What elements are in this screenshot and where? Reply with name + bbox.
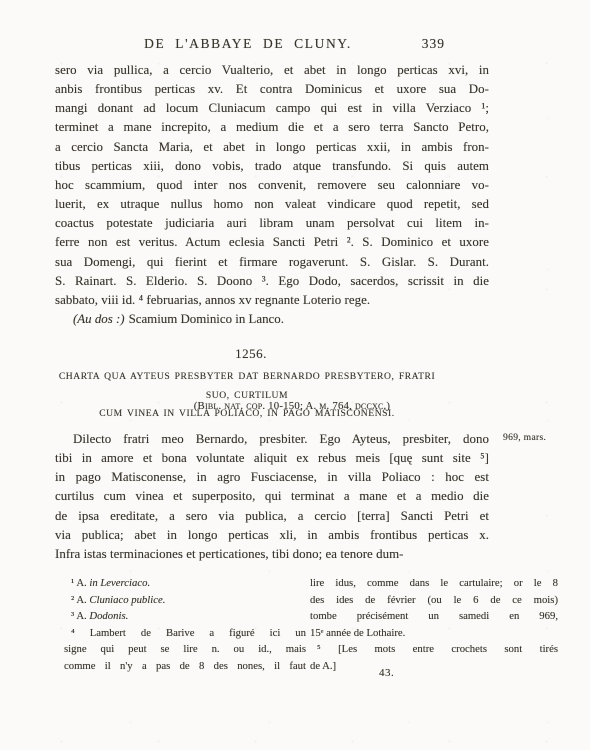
text-line: Infra istas terminaciones et pertication… [55, 545, 489, 564]
text-line: anbis frontibus perticas xv. Et contra D… [55, 80, 489, 99]
signature-mark: 43. [379, 667, 394, 679]
running-head: DE L'ABBAYE DE CLUNY. 339 [55, 36, 489, 54]
charter-source-citation: (Bibl. nat. cop. 10-150; A. m. 764, dccx… [55, 400, 489, 412]
footnote-3: ³ A. Dodonis. [64, 608, 306, 625]
text-line: sua Domengi, qui fierint et firmare roga… [55, 253, 489, 272]
margin-date-note: 969, mars. [503, 432, 546, 443]
text-line: curtilus cum vinea et superposito, qui t… [55, 487, 489, 506]
text-line: via publica; abet in longo perticas xli,… [55, 526, 489, 545]
text-line: Dilecto fratri meo Bernardo, presbiter. … [55, 430, 489, 449]
text-line: in pago Matisconense, in agro Fusciacens… [55, 468, 489, 487]
text-line: coactus potestate judiciaria auri libram… [55, 214, 489, 233]
charter-heading: CHARTA QUA AYTEUS PRESBYTER DAT BERNARDO… [55, 368, 489, 424]
footnote-1: ¹ A. in Leverciaco. [64, 575, 306, 592]
text-line: S. Rainart. S. Elderio. S. Doono ³. Ego … [55, 272, 489, 291]
page-title: DE L'ABBAYE DE CLUNY. [144, 36, 352, 51]
charter-1256-text: Dilecto fratri meo Bernardo, presbiter. … [55, 430, 489, 564]
footnote-marker: ³ [71, 610, 74, 622]
charter-1255-text: sero via pullica, a cercio Vualterio, et… [55, 61, 489, 329]
footnote-4-line: comme il n'y a pas de 8 des nones, il fa… [64, 658, 306, 675]
footnote-italic-text: Cluniaco publice. [89, 594, 165, 606]
text-line: de ipsa ereditate, a sero via publica, a… [55, 507, 489, 526]
footnote-4-line: des ides de février (ou le 6 de ce mois) [310, 592, 558, 609]
footnote-4-line: lire idus, comme dans le cartulaire; or … [310, 575, 558, 592]
footnote-5-line: ⁵ [Les mots entre crochets sont tirés [310, 641, 558, 658]
text-line: a cercio Sancta Maria, et abet in longo … [55, 138, 489, 157]
footnote-prefix: A. [76, 610, 86, 622]
text-line: tibi in amore et bona voluntate aliquit … [55, 449, 489, 468]
footnote-4-line: ⁴ Lambert de Barive a figuré ici un [64, 625, 306, 642]
footnotes-right-column: lire idus, comme dans le cartulaire; or … [310, 575, 558, 675]
text-line: hoc scammium, quod inter nos convenit, r… [55, 176, 489, 195]
footnote-marker: ¹ [71, 577, 74, 589]
footnote-4-line: 15ᵉ année de Lothaire. [310, 625, 558, 642]
text-line: ferre non est veritus. Actum eclesia San… [55, 233, 489, 252]
footnote-prefix: A. [76, 577, 86, 589]
au-dos-note: (Au dos :)Scamium Dominico in Lanco. [55, 310, 489, 329]
au-dos-label: (Au dos :) [73, 312, 125, 326]
footnote-italic-text: Dodonis. [89, 610, 128, 622]
footnote-4-line: signe qui peut se lire n. ou id., mais [64, 641, 306, 658]
footnote-italic-text: in Leverciaco. [89, 577, 150, 589]
page-number: 339 [422, 36, 445, 52]
text-line: luerit, ex utraque nullus homo non valea… [55, 195, 489, 214]
footnote-prefix: A. [76, 594, 86, 606]
footnotes-left-column: ¹ A. in Leverciaco. ² A. Cluniaco public… [64, 575, 306, 675]
footnote-5-line: de A.] [310, 658, 558, 675]
text-line: mangi donant ad locum Cluniacum campo qu… [55, 99, 489, 118]
au-dos-text: Scamium Dominico in Lanco. [129, 312, 284, 326]
text-line: terminet a mane increpito, a medium die … [55, 118, 489, 137]
text-line: tibus perticas xiii, dono vobis, trado a… [55, 157, 489, 176]
footnote-marker: ² [71, 594, 74, 606]
text-line: sero via pullica, a cercio Vualterio, et… [55, 61, 489, 80]
footnote-4-line: tombe précisément un samedi en 969, [310, 608, 558, 625]
text-line: sabbato, viii id. ⁴ februarias, annos xv… [55, 291, 489, 310]
charter-number: 1256. [55, 346, 489, 362]
footnote-2: ² A. Cluniaco publice. [64, 592, 306, 609]
